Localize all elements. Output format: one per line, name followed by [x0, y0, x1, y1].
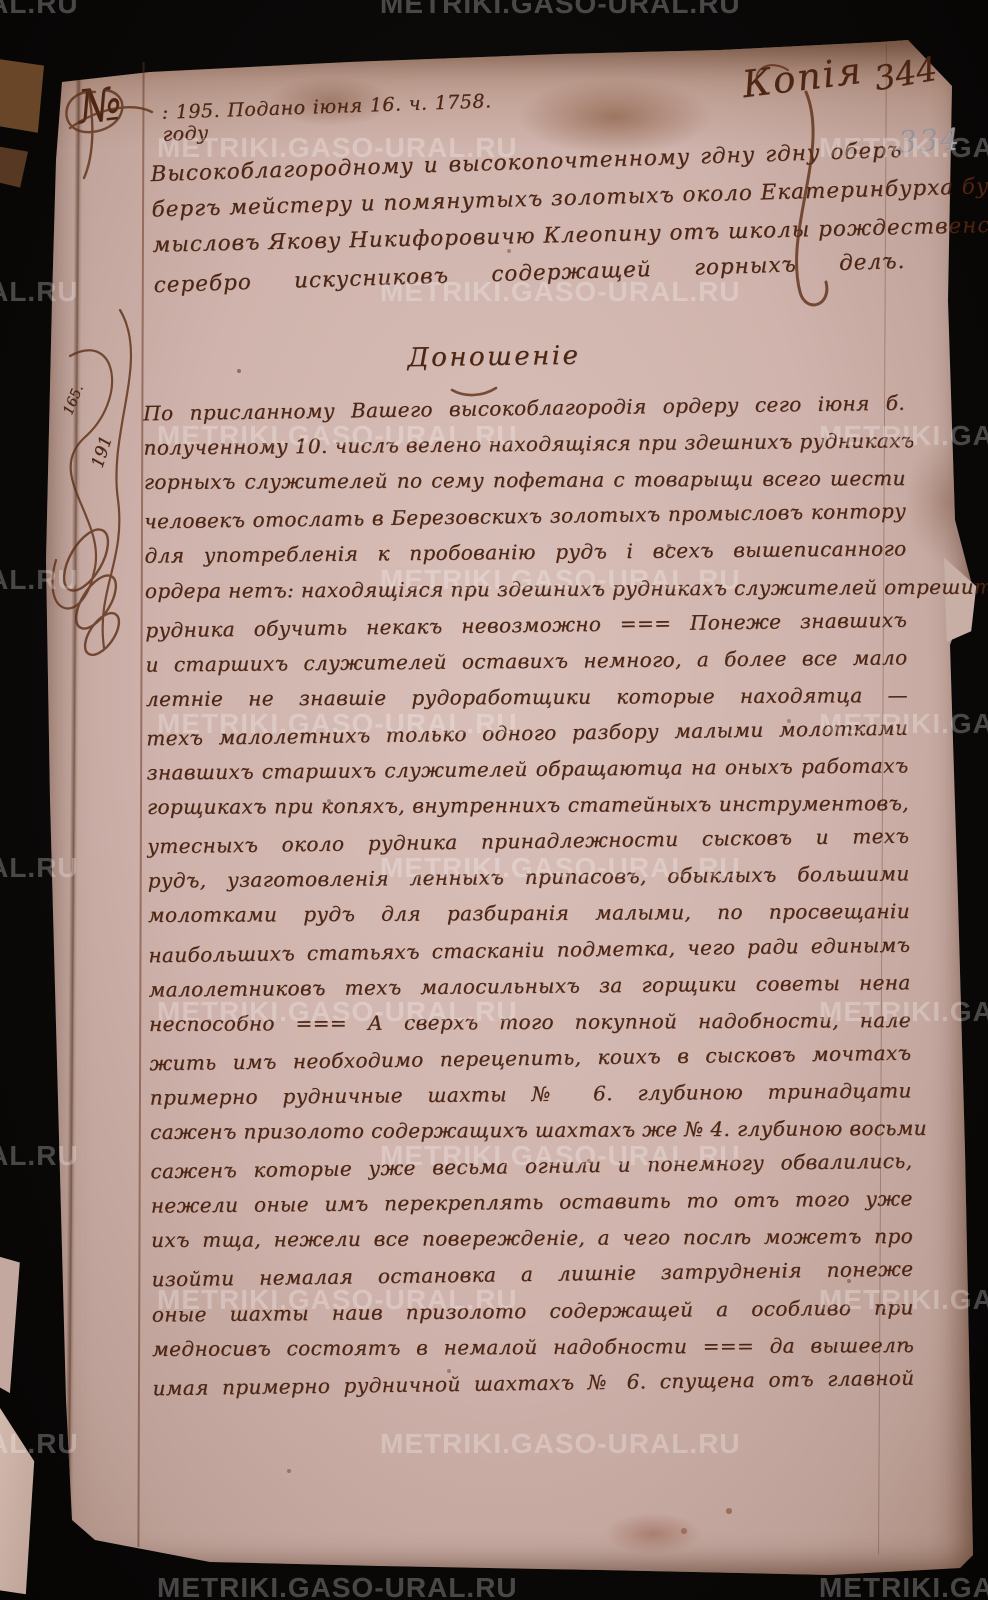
- document-number-sign: №: [75, 76, 122, 134]
- paper-specks: [28, 40, 30, 42]
- watermark-text: METRIKI.GASO-URAL.RU: [0, 0, 79, 20]
- spine-fragment-top2: [0, 142, 28, 190]
- underpage-fragment-corner: [0, 1408, 38, 1598]
- manuscript-photo: № : 195. Подано іюня 16. ч. 1758. году К…: [0, 0, 988, 1600]
- body-line: горныхъ служителей по сему пофетана с то…: [144, 466, 906, 494]
- body-line: медносивъ состоятъ в немалой надобности …: [152, 1333, 914, 1361]
- page-fold-crease: [65, 44, 84, 1564]
- body-line: саженъ призолото содержащихъ шахтахъ же …: [150, 1116, 912, 1144]
- folio-number-pencil: 334: [897, 122, 962, 160]
- body-line: горщикахъ при копяхъ, внутреннихъ статей…: [147, 791, 909, 819]
- body-line: ордера нетъ: находящіяся при здешнихъ ру…: [145, 574, 907, 602]
- spine-fragment-top: [0, 56, 44, 136]
- watermark-text: METRIKI.GASO-URAL.RU: [819, 1572, 988, 1600]
- body-line: летніе не знавшіе рудоработщики которые …: [146, 683, 908, 711]
- underpage-fragment-mid: [0, 1254, 22, 1396]
- body-line: ихъ тща, нежели все повережденіе, а чего…: [151, 1224, 913, 1252]
- watermark-text: METRIKI.GASO-URAL.RU: [380, 0, 741, 20]
- body-line: неспособно === А сверхъ того покупной на…: [149, 1008, 911, 1036]
- body-line: молотками рудъ для разбиранія малыми, по…: [148, 899, 910, 927]
- watermark-text: METRIKI.GASO-URAL.RU: [157, 1572, 518, 1600]
